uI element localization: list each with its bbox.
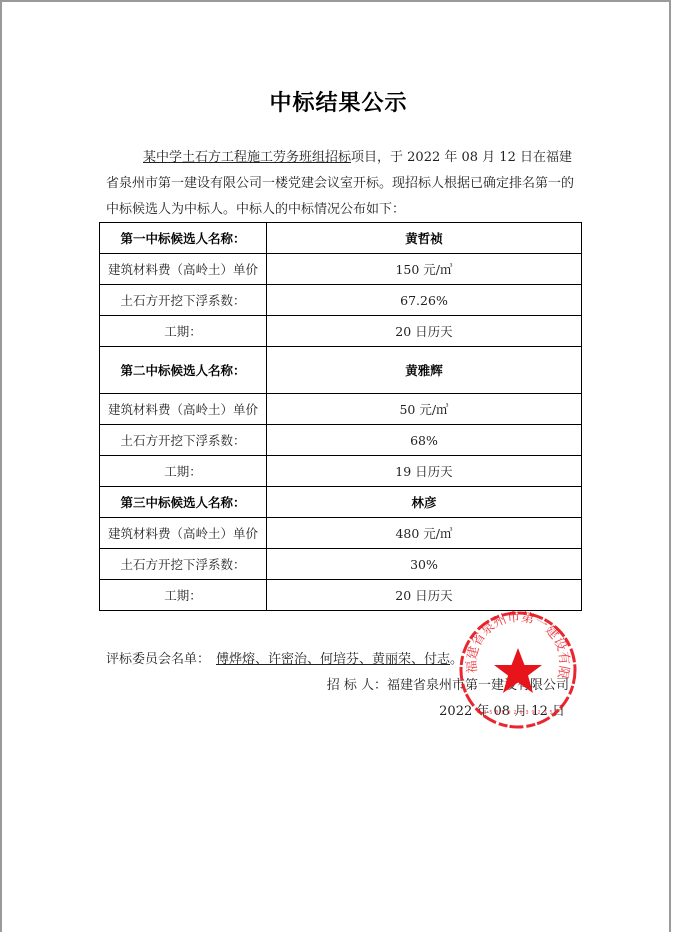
table-row: 土石方开挖下浮系数： 30% [100, 549, 582, 580]
row-label: 土石方开挖下浮系数： [100, 285, 267, 316]
committee-label: 评标委员会名单： [106, 652, 210, 667]
svg-text:3 5 0 5 0 2 0 3 9 2 7 5: 3 5 0 5 0 2 0 3 9 2 7 5 [483, 710, 552, 716]
row-label: 工期： [100, 316, 267, 347]
project-name: 某中学土石方工程施工劳务班组招标 [143, 150, 351, 165]
table-row: 工期： 19 日历天 [100, 456, 582, 487]
row-label: 土石方开挖下浮系数： [100, 549, 267, 580]
row-label: 工期： [100, 456, 267, 487]
row-value: 19 日历天 [267, 456, 582, 487]
candidate-name: 黄雅辉 [267, 347, 582, 394]
table-row: 建筑材料费（高岭土）单价 150 元/㎥ [100, 254, 582, 285]
table-row: 土石方开挖下浮系数： 67.26% [100, 285, 582, 316]
candidate-name: 林彦 [267, 487, 582, 518]
row-label: 建筑材料费（高岭土）单价 [100, 254, 267, 285]
candidate-header-row-1: 第一中标候选人名称： 黄哲祯 [100, 223, 582, 254]
company-seal: 福建省泉州市第一建设有限公司 3 5 0 5 0 2 0 3 9 2 7 5 [458, 610, 578, 730]
row-value: 67.26% [267, 285, 582, 316]
row-value: 480 元/㎥ [267, 518, 582, 549]
committee-names: 傅烨熔、许密治、何培芬、黄丽荣、付志 [210, 652, 450, 667]
candidate-label: 第三中标候选人名称： [100, 487, 267, 518]
candidate-label: 第一中标候选人名称： [100, 223, 267, 254]
row-value: 30% [267, 549, 582, 580]
row-value: 68% [267, 425, 582, 456]
intro-paragraph: 某中学土石方工程施工劳务班组招标项目，于 2022 年 08 月 12 日在福建… [106, 145, 578, 223]
candidate-name: 黄哲祯 [267, 223, 582, 254]
row-label: 工期： [100, 580, 267, 611]
candidate-header-row-3: 第三中标候选人名称： 林彦 [100, 487, 582, 518]
page-title: 中标结果公示 [2, 86, 673, 117]
row-label: 建筑材料费（高岭土）单价 [100, 518, 267, 549]
row-value: 20 日历天 [267, 580, 582, 611]
table-row: 土石方开挖下浮系数： 68% [100, 425, 582, 456]
row-value: 50 元/㎥ [267, 394, 582, 425]
seal-icon: 福建省泉州市第一建设有限公司 3 5 0 5 0 2 0 3 9 2 7 5 [458, 610, 578, 730]
table-row: 工期： 20 日历天 [100, 580, 582, 611]
table-row: 工期： 20 日历天 [100, 316, 582, 347]
document-page: 中标结果公示 某中学土石方工程施工劳务班组招标项目，于 2022 年 08 月 … [0, 0, 671, 932]
table-row: 建筑材料费（高岭土）单价 480 元/㎥ [100, 518, 582, 549]
results-table: 第一中标候选人名称： 黄哲祯 建筑材料费（高岭土）单价 150 元/㎥ 土石方开… [99, 222, 582, 611]
row-value: 20 日历天 [267, 316, 582, 347]
row-label: 土石方开挖下浮系数： [100, 425, 267, 456]
row-value: 150 元/㎥ [267, 254, 582, 285]
table-row: 建筑材料费（高岭土）单价 50 元/㎥ [100, 394, 582, 425]
candidate-header-row-2: 第二中标候选人名称： 黄雅辉 [100, 347, 582, 394]
tenderer-label: 招 标 人： [327, 678, 387, 693]
committee-list: 评标委员会名单：傅烨熔、许密治、何培芬、黄丽荣、付志。 [106, 648, 463, 667]
candidate-label: 第二中标候选人名称： [100, 347, 267, 394]
row-label: 建筑材料费（高岭土）单价 [100, 394, 267, 425]
